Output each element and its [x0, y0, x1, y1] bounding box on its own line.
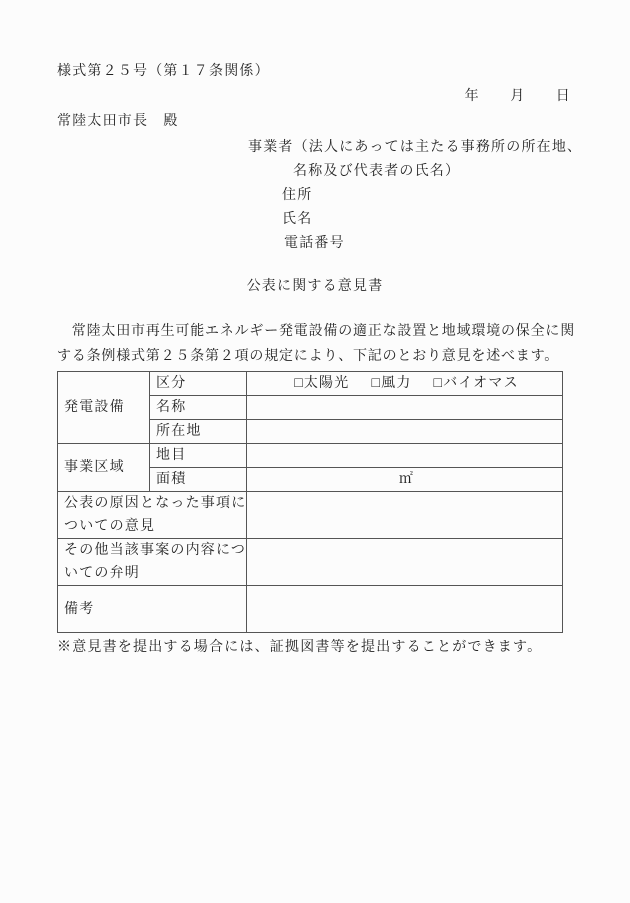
addressee: 常陸太田市長 殿 — [57, 112, 179, 132]
document-page: 様式第２５号（第１７条関係） 年 月 日 常陸太田市長 殿 事業者（法人にあって… — [0, 0, 630, 903]
name-label-cell: 名称 — [150, 396, 247, 420]
category-label: 区分 — [156, 376, 186, 391]
document-title: 公表に関する意見書 — [0, 277, 630, 297]
remarks-label: 備考 — [64, 602, 94, 617]
land-label: 地目 — [156, 448, 186, 463]
size-label-cell: 面積 — [150, 468, 247, 492]
explanation-label-line2: いての弁明 — [64, 562, 244, 585]
remarks-value-cell — [247, 586, 563, 633]
area-group-label: 事業区域 — [64, 460, 125, 475]
explanation-label-line1: その他当該事案の内容につ — [64, 539, 244, 562]
applicant-name-label: 氏名 — [282, 210, 312, 230]
date-line: 年 月 日 — [465, 87, 571, 107]
applicant-address-label: 住所 — [282, 186, 312, 206]
opinion-value-cell — [247, 492, 563, 539]
opinion-label-cell: 公表の原因となった事項に ついての意見 — [58, 492, 247, 539]
wind-option-label: 風力 — [381, 376, 411, 391]
size-label: 面積 — [156, 472, 186, 487]
size-value-cell: ㎡ — [247, 468, 563, 492]
body-line-2: する条例様式第２５条第２項の規定により、下記のとおり意見を述べます。 — [57, 347, 559, 367]
wind-checkbox-icon: □ — [371, 376, 381, 391]
location-label-cell: 所在地 — [150, 420, 247, 444]
land-value-cell — [247, 444, 563, 468]
applicant-heading-line1: 事業者（法人にあっては主たる事務所の所在地、 — [248, 138, 582, 158]
body-line-1: 常陸太田市再生可能エネルギー発電設備の適正な設置と地域環境の保全に関 — [57, 322, 575, 342]
biomass-checkbox-icon: □ — [434, 376, 444, 391]
area-unit: ㎡ — [399, 472, 414, 487]
explanation-label-cell: その他当該事案の内容につ いての弁明 — [58, 539, 247, 586]
solar-checkbox-icon: □ — [294, 376, 304, 391]
checkbox-option-biomass[interactable]: □バイオマス — [434, 376, 519, 391]
name-value-cell — [247, 396, 563, 420]
opinion-form-table: 発電設備 区分 □太陽光□風力□バイオマス 名称 所在地 事業区域 — [57, 371, 563, 633]
checkbox-option-solar[interactable]: □太陽光 — [294, 376, 349, 391]
explanation-value-cell — [247, 539, 563, 586]
applicant-phone-label: 電話番号 — [284, 234, 345, 254]
category-label-cell: 区分 — [150, 372, 247, 396]
checkbox-option-wind[interactable]: □風力 — [371, 376, 411, 391]
location-value-cell — [247, 420, 563, 444]
facility-group-label: 発電設備 — [64, 400, 125, 415]
applicant-heading-line2: 名称及び代表者の氏名） — [293, 162, 460, 182]
facility-group-cell: 発電設備 — [58, 372, 150, 444]
land-label-cell: 地目 — [150, 444, 247, 468]
opinion-label-line1: 公表の原因となった事項に — [64, 492, 244, 515]
form-number: 様式第２５号（第１７条関係） — [57, 62, 270, 82]
solar-option-label: 太陽光 — [304, 376, 350, 391]
area-group-cell: 事業区域 — [58, 444, 150, 492]
location-label: 所在地 — [156, 424, 202, 439]
category-options-cell: □太陽光□風力□バイオマス — [247, 372, 563, 396]
biomass-option-label: バイオマス — [443, 376, 519, 391]
footnote: ※意見書を提出する場合には、証拠図書等を提出することができます。 — [57, 638, 542, 658]
remarks-label-cell: 備考 — [58, 586, 247, 633]
opinion-label-line2: ついての意見 — [64, 515, 244, 538]
name-label: 名称 — [156, 400, 186, 415]
